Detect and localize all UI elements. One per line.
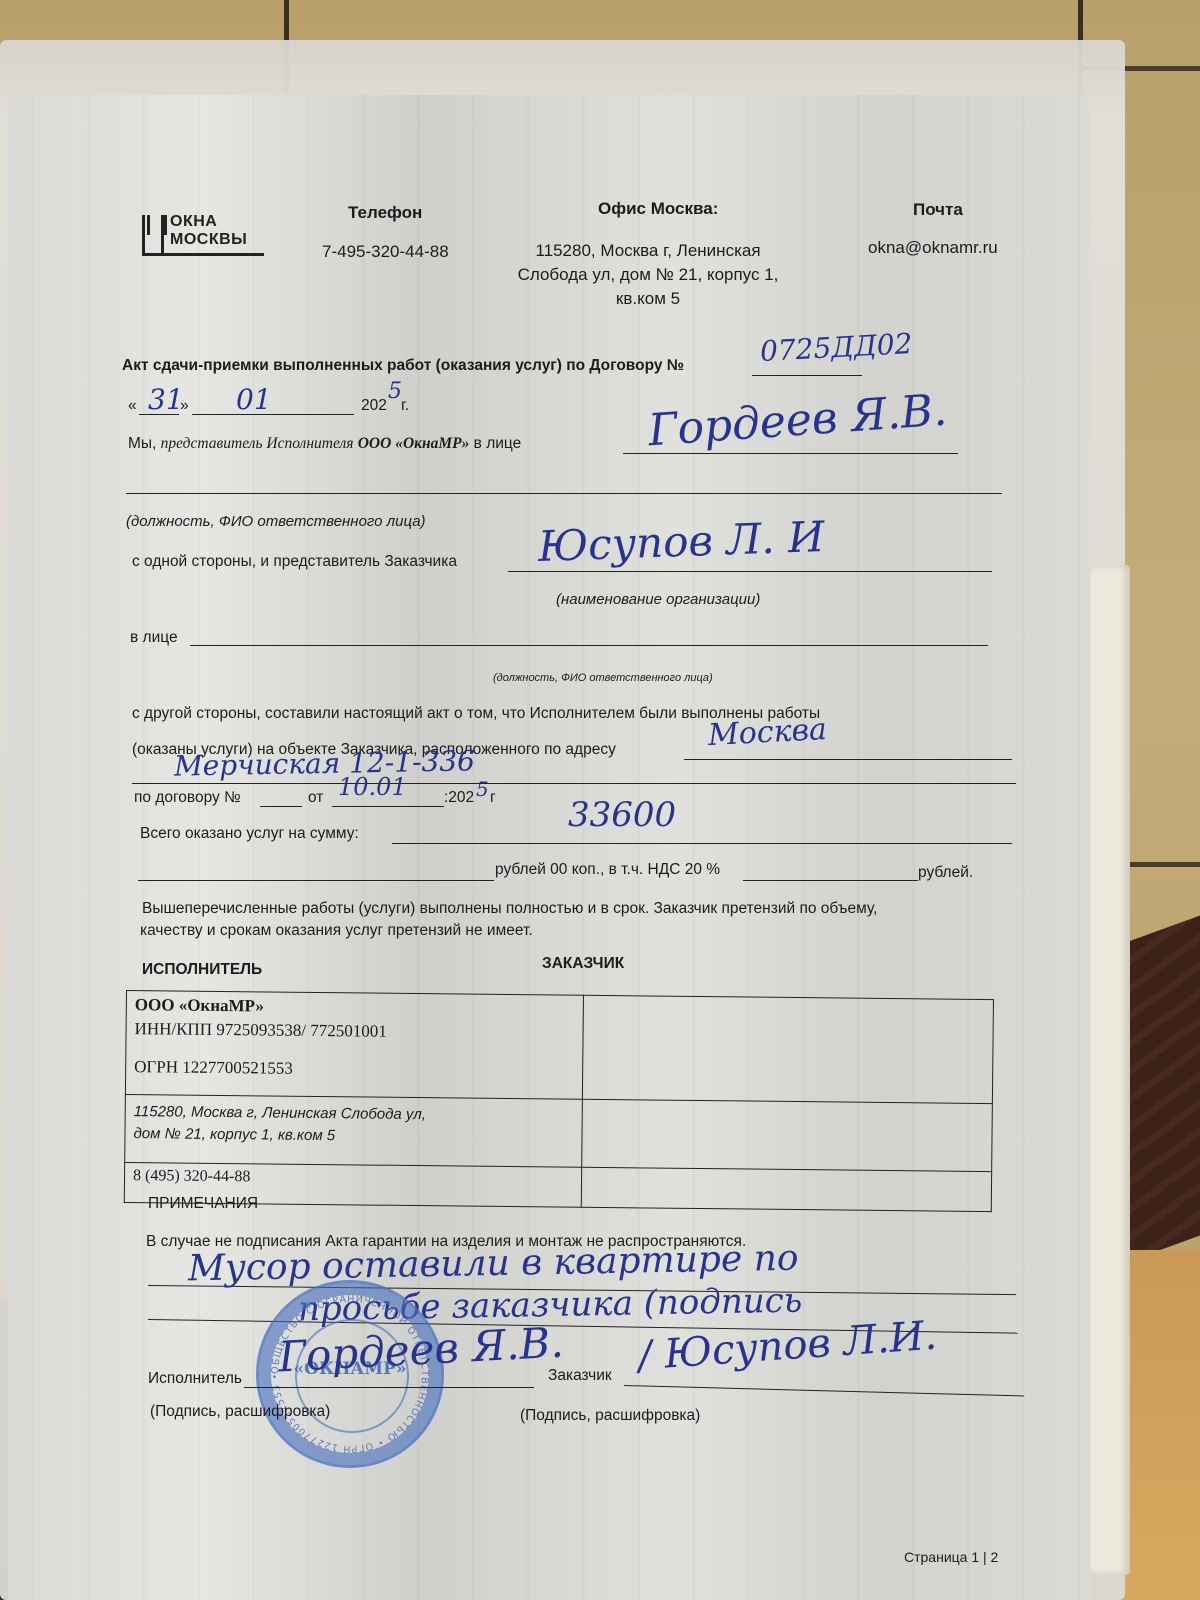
date-year-prefix: 202 <box>361 397 387 415</box>
customer-signature-caption: (Подпись, расшифровка) <box>520 1407 700 1425</box>
phone-label: Телефон <box>348 203 422 223</box>
date-day-handwritten: 31 <box>148 383 184 416</box>
office-label: Офис Москва: <box>598 199 718 219</box>
executor-rep-line-2 <box>126 493 1002 494</box>
contract-number-line <box>752 375 862 376</box>
sum-rub-suffix: рублей. <box>918 864 973 882</box>
address-street-handwritten: Мерчиская 12-1-336 <box>174 744 475 782</box>
executor-header: ИСПОЛНИТЕЛЬ <box>142 961 262 979</box>
executor-address-line2: дом № 21, корпус 1, кв.ком 5 <box>133 1125 573 1147</box>
customer-caption: (наименование организации) <box>556 591 760 608</box>
in-person-line <box>190 645 988 646</box>
plastic-sleeve-edge <box>1090 565 1130 1575</box>
in-person-label: в лице <box>130 629 178 647</box>
customer-line <box>508 571 992 572</box>
act-title: Акт сдачи-приемки выполненных работ (ока… <box>122 357 684 375</box>
parties-table: ООО «ОкнаМР» ИНН/КПП 9725093538/ 7725010… <box>124 990 994 1212</box>
executor-address-cell: 115280, Москва г, Ленинская Слобода ул, … <box>125 1094 583 1167</box>
logo-underline <box>142 253 264 256</box>
customer-label: с одной стороны, и представитель Заказчи… <box>132 553 457 571</box>
page-indicator: Страница 1 | 2 <box>904 1549 998 1565</box>
customer-handwritten: Юсупов Л. И <box>537 512 825 571</box>
executor-signature-line <box>244 1387 534 1388</box>
executor-italic: представитель Исполнителя <box>161 435 354 452</box>
customer-details-cell <box>582 995 993 1103</box>
contract-ref-year-digit: 5 <box>476 777 489 801</box>
executor-signature-caption: (Подпись, расшифровка) <box>150 1403 330 1421</box>
contract-ref-suffix: г <box>490 789 496 807</box>
statement-line1: Вышеперечисленные работы (услуги) выполн… <box>142 900 877 918</box>
phone-value: 7-495-320-44-88 <box>322 242 449 262</box>
logo-mark-icon <box>142 215 164 255</box>
executor-prefix: Мы, <box>128 435 156 452</box>
in-person-caption: (должность, ФИО ответственного лица) <box>493 672 713 684</box>
contract-ref-date-line <box>332 806 444 807</box>
date-open-quote: « <box>128 397 137 415</box>
executor-caption: (должность, ФИО ответственного лица) <box>126 513 426 530</box>
logo-line1: ОКНА <box>170 213 247 231</box>
act-document: ОКНА МОСКВЫ Телефон 7-495-320-44-88 Офис… <box>8 95 1090 1600</box>
company-logo: ОКНА МОСКВЫ <box>142 213 267 258</box>
executor-company: ООО «ОкнаМР» <box>358 435 470 452</box>
contract-ref-from: от <box>308 789 323 807</box>
executor-name: ООО «ОкнаМР» <box>135 995 575 1020</box>
mail-label: Почта <box>913 200 963 220</box>
date-year-digit-handwritten: 5 <box>388 379 402 404</box>
address-line <box>684 759 1012 760</box>
address-city-handwritten: Москва <box>707 712 828 753</box>
sum-handwritten: 33600 <box>568 795 676 835</box>
executor-rep-handwritten: Гордеев Я.В. <box>647 385 949 457</box>
contract-ref-label: по договору № <box>134 789 241 807</box>
date-month-handwritten: 01 <box>236 383 272 416</box>
date-close-quote: » <box>180 397 189 415</box>
office-address-line3: кв.ком 5 <box>473 287 823 311</box>
date-suffix: г. <box>401 397 409 415</box>
logo-line2: МОСКВЫ <box>170 231 247 249</box>
executor-inn-kpp: ИНН/КПП 9725093538/ 772501001 <box>134 1019 574 1044</box>
sum-label: Всего оказано услуг на сумму: <box>140 825 359 843</box>
customer-address-cell <box>582 1099 993 1171</box>
executor-phone: 8 (495) 320-44-88 <box>133 1167 573 1190</box>
executor-ogrn: ОГРН 1227700521553 <box>134 1057 574 1082</box>
sum-rub-text: рублей 00 коп., в т.ч. НДС 20 % <box>495 861 720 879</box>
contract-ref-number-line <box>260 806 302 807</box>
office-address-line1: 115280, Москва г, Ленинская <box>473 239 823 263</box>
customer-signature-label: Заказчик <box>548 1367 612 1385</box>
wooden-surface <box>1120 915 1200 1264</box>
mail-value: okna@oknamr.ru <box>868 238 998 258</box>
customer-header: ЗАКАЗЧИК <box>542 955 624 973</box>
sum-words-line <box>138 880 494 881</box>
customer-phone-cell <box>581 1167 991 1211</box>
executor-suffix: в лице <box>474 435 522 452</box>
executor-details-cell: ООО «ОкнаМР» ИНН/КПП 9725093538/ 7725010… <box>125 991 583 1100</box>
executor-signature-label: Исполнитель <box>148 1370 242 1388</box>
date-month-line <box>192 414 354 415</box>
vat-line <box>743 880 918 881</box>
executor-intro: Мы, представитель Исполнителя ООО «ОкнаМ… <box>128 435 521 453</box>
contract-ref-date-handwritten: 10.01 <box>338 773 407 801</box>
contract-ref-year-prefix: :202 <box>444 789 474 807</box>
office-address-line2: Слобода ул, дом № 21, корпус 1, <box>473 263 823 287</box>
address-line-2 <box>132 783 1016 784</box>
sum-line <box>392 843 1012 844</box>
customer-signature-line <box>624 1385 1024 1396</box>
statement-line2: качеству и срокам оказания услуг претенз… <box>140 922 533 940</box>
notes-label: ПРИМЕЧАНИЯ <box>148 1195 258 1213</box>
contract-number-handwritten: 0725ДД02 <box>759 327 913 368</box>
office-address: 115280, Москва г, Ленинская Слобода ул, … <box>473 239 823 311</box>
logo-text: ОКНА МОСКВЫ <box>170 213 247 249</box>
